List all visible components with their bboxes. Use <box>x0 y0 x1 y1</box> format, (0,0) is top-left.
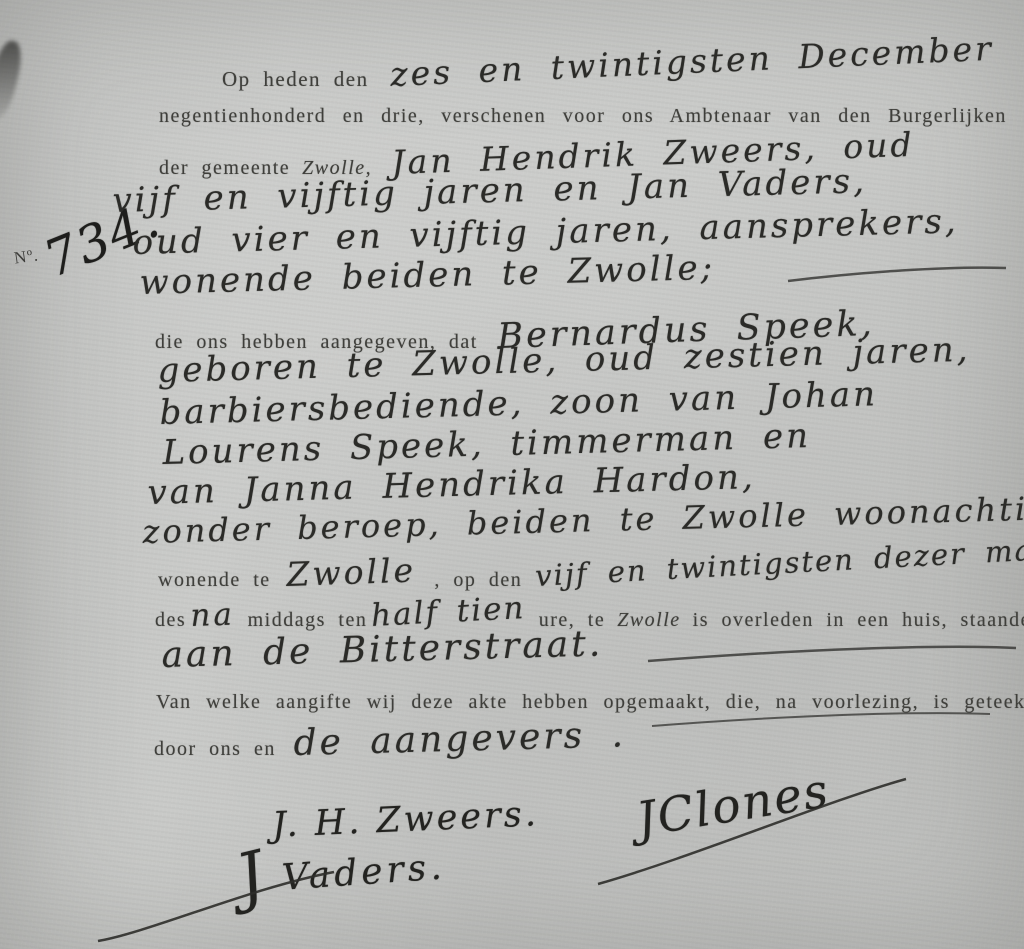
death-record-scan: Nº. 734. Op heden den zes en twintigsten… <box>0 0 1024 949</box>
line-opening: Op heden den zes en twintigsten December <box>222 58 995 91</box>
hw-residence: Zwolle <box>285 553 416 591</box>
line-residence-deathdate: wonende te Zwolle , op den vijf en twint… <box>158 558 1024 591</box>
line-closing-1: Van welke aangifte wij deze akte hebben … <box>156 692 1024 712</box>
scan-edge-smudge <box>0 38 26 122</box>
line-closing-2: door ons en de aangevers . <box>154 726 626 762</box>
printed-middags-ten: middags ten <box>248 610 368 630</box>
fill-line-after-zwolle <box>788 268 1006 281</box>
signature-vaders-name: Vaders. <box>281 846 447 898</box>
signature-vaders-initial: J <box>229 838 272 916</box>
signature-official: JClones <box>633 763 834 848</box>
printed-year-line: negentienhonderd en drie, verschenen voo… <box>159 106 1024 126</box>
printed-closing-1: Van welke aangifte wij deze akte hebben … <box>156 692 1024 712</box>
printed-died-in-house: is overleden in een huis, staande <box>693 610 1024 630</box>
line-death-location: aan de Bitterstraat. <box>162 638 604 674</box>
hw-signers: de aangevers . <box>293 717 626 762</box>
fill-line-after-bitterstraat <box>648 647 1016 661</box>
hw-date: zes en twintigsten December <box>389 32 994 91</box>
printed-op-heden-den: Op heden den <box>222 69 369 90</box>
printed-place-italic: Zwolle <box>617 610 680 630</box>
signature-vaders: J Vaders. <box>238 840 446 914</box>
line-year: negentienhonderd en drie, verschenen voo… <box>159 106 1024 126</box>
line-declarants-residence: wonende beiden te Zwolle; <box>140 266 716 300</box>
printed-wonende-te: wonende te <box>158 570 271 590</box>
fill-line-after-aangevers <box>652 713 990 726</box>
printed-des: des <box>155 610 186 630</box>
signature-zweers: J. H. Zweers. <box>271 794 539 846</box>
no-label: Nº. <box>13 245 40 268</box>
hw-death-location: aan de Bitterstraat. <box>161 626 604 674</box>
printed-op-den: , op den <box>434 570 522 590</box>
hw-time-period: na <box>190 599 236 632</box>
printed-closing-2: door ons en <box>154 739 276 759</box>
printed-der-gemeente: der gemeente <box>159 158 290 178</box>
